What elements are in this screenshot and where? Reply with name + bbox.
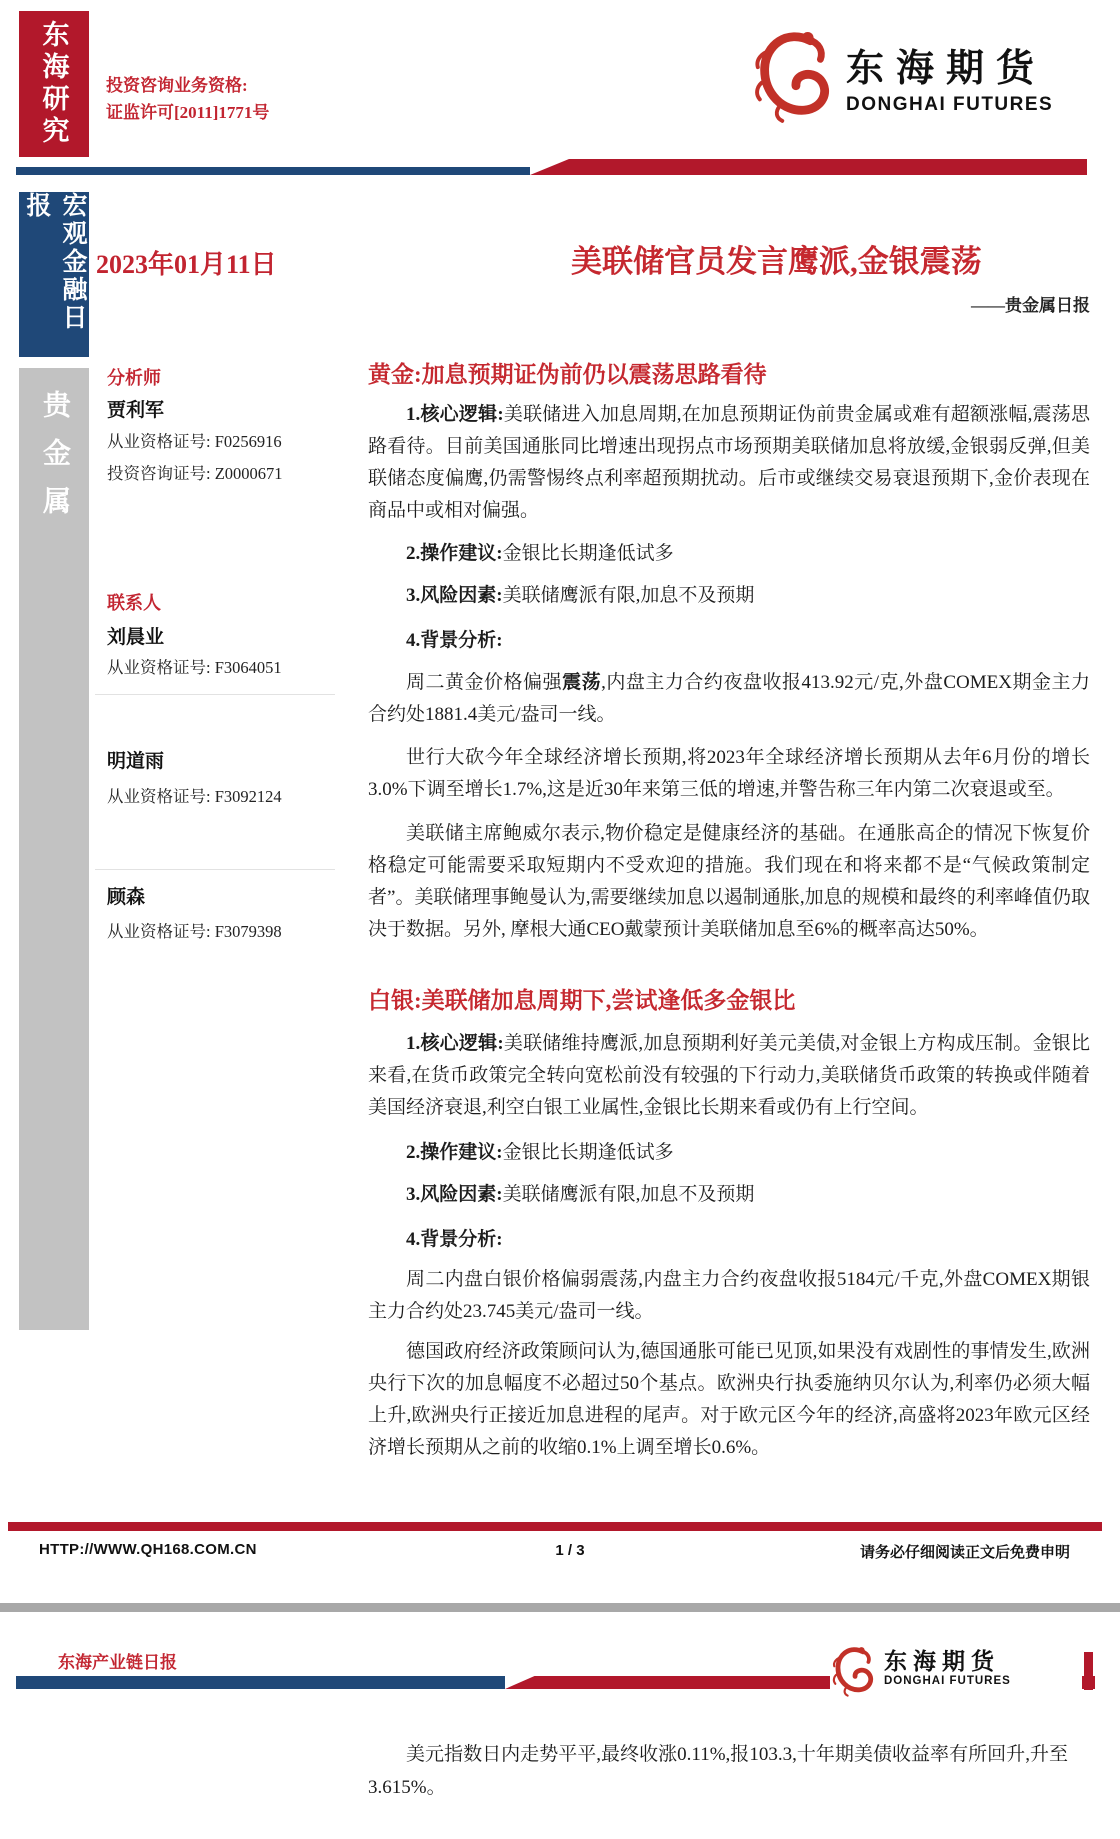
logo-en-text: DONGHAI FUTURES (846, 94, 1053, 116)
contact-cert: 从业资格证号: F3092124 (107, 783, 332, 807)
footer-disclaimer-notice: 请务必仔细阅读正文后免费申明 (670, 1541, 1070, 1562)
brand-box: 东海研究 (19, 11, 89, 157)
dragon-head (802, 32, 814, 44)
gold-core-logic: 1.核心逻辑:美联储进入加息周期,在加息预期证伪前贵金属或难有超额涨幅,震荡思路… (368, 399, 1090, 527)
page2-divider-blue (16, 1676, 505, 1689)
silver-background-para-2: 德国政府经济政策顾问认为,德国通胀可能已见顶,如果没有戏剧性的事情发生,欧洲央行… (368, 1336, 1090, 1464)
gold-advice: 2.操作建议:金银比长期逢低试多 (368, 538, 1090, 570)
gold-advice-label: 2.操作建议: (406, 543, 503, 564)
contact-cert: 从业资格证号: F3079398 (107, 918, 332, 942)
contact-label: 联系人 (107, 589, 332, 615)
contact-separator (95, 694, 335, 695)
qualification-line1: 投资咨询业务资格: (106, 72, 269, 99)
sidebar-category-box: 宏观金融日报 (19, 192, 89, 357)
sidebar-category-label: 宏观金融日报 (18, 192, 90, 357)
qualification-line2: 证监许可[2011]1771号 (106, 99, 269, 126)
sidebar-topic-label: 贵金属 (34, 390, 74, 534)
page2-paragraph: 美元指数日内走势平平,最终收涨0.11%,报103.3,十年期美债收益率有所回升… (368, 1738, 1068, 1804)
contact-name: 明道雨 (107, 746, 332, 773)
page-separator-bar (0, 1603, 1120, 1612)
gold-background-para-1: 周二黄金价格偏强震荡,内盘主力合约夜盘收报413.92元/克,外盘COMEX期金… (368, 667, 1090, 731)
page2-logo-text: 东海期货 DONGHAI FUTURES (884, 1640, 1011, 1687)
contact-name: 顾森 (107, 882, 332, 909)
contact-name: 刘晨业 (107, 622, 332, 649)
silver-core-logic-label: 1.核心逻辑: (406, 1033, 504, 1054)
silver-advice: 2.操作建议:金银比长期逢低试多 (368, 1137, 1090, 1169)
dragon-head (858, 1647, 864, 1653)
analyst-label: 分析师 (107, 364, 332, 390)
section-heading-gold: 黄金:加息预期证伪前仍以震荡思路看待 (368, 356, 767, 389)
brand-box-label: 东海研究 (35, 20, 74, 148)
silver-core-logic: 1.核心逻辑:美联储维持鹰派,加息预期利好美元美债,对金银上方构成压制。金银比来… (368, 1028, 1090, 1124)
gold-background-para-2: 世行大砍今年全球经济增长预期,将2023年全球经济增长预期从去年6月份的增长3.… (368, 742, 1090, 806)
report-date: 2023年01月11日 (96, 244, 277, 281)
page2-company-logo: 东海期货 DONGHAI FUTURES (830, 1640, 1082, 1700)
gold-background-para-3: 美联储主席鲍威尔表示,物价稳定是健康经济的基础。在通胀高企的情况下恢复价格稳定可… (368, 818, 1090, 946)
report-title: 美联储官员发言鹰派,金银震荡 (571, 236, 982, 281)
page2-logo-cn-text: 东海期货 (884, 1648, 1011, 1674)
donghai-dragon-logo-icon (750, 22, 838, 126)
silver-risk: 3.风险因素:美联储鹰派有限,加息不及预期 (368, 1179, 1090, 1211)
gold-risk-label: 3.风险因素: (406, 585, 503, 606)
gold-core-logic-label: 1.核心逻辑: (406, 404, 504, 425)
report-page: 东海研究 投资咨询业务资格: 证监许可[2011]1771号 东海期货 DONG… (0, 0, 1120, 1839)
page2-header-title: 东海产业链日报 (58, 1648, 177, 1673)
footer-page-number: 1 / 3 (470, 1542, 670, 1559)
analyst-cert-1: 从业资格证号: F0256916 (107, 428, 332, 452)
contact-cert: 从业资格证号: F3064051 (107, 654, 332, 678)
silver-background-para-1: 周二内盘白银价格偏弱震荡,内盘主力合约夜盘收报5184元/千克,外盘COMEX期… (368, 1264, 1090, 1328)
header-divider-red (530, 159, 1087, 175)
silver-background-label-line: 4.背景分析: (368, 1224, 1090, 1256)
silver-background-label: 4.背景分析: (406, 1229, 503, 1250)
gold-background-label-line: 4.背景分析: (368, 625, 1090, 657)
gold-risk: 3.风险因素:美联储鹰派有限,加息不及预期 (368, 580, 1090, 612)
page2-logo-red-tab (1084, 1652, 1093, 1690)
logo-text: 东海期货 DONGHAI FUTURES (846, 22, 1053, 116)
company-logo: 东海期货 DONGHAI FUTURES (750, 22, 1053, 126)
gold-risk-text: 美联储鹰派有限,加息不及预期 (503, 585, 755, 606)
qualification-text: 投资咨询业务资格: 证监许可[2011]1771号 (106, 72, 269, 126)
section-heading-silver: 白银:美联储加息周期下,尝试逢低多金银比 (368, 982, 795, 1015)
analyst-name: 贾利军 (107, 395, 332, 422)
silver-advice-text: 金银比长期逢低试多 (503, 1142, 674, 1163)
silver-advice-label: 2.操作建议: (406, 1142, 503, 1163)
gold-background-label: 4.背景分析: (406, 630, 503, 651)
donghai-dragon-logo-icon (830, 1642, 878, 1698)
gold-advice-text: 金银比长期逢低试多 (503, 543, 674, 564)
contact-separator (95, 869, 335, 870)
page2-logo-en-text: DONGHAI FUTURES (884, 1675, 1011, 1687)
silver-risk-text: 美联储鹰派有限,加息不及预期 (503, 1184, 755, 1205)
gold-bg1-pre: 周二黄金价格偏强 (406, 672, 562, 693)
gold-bg1-bold: 震荡 (562, 672, 601, 693)
logo-cn-text: 东海期货 (846, 48, 1053, 92)
silver-risk-label: 3.风险因素: (406, 1184, 503, 1205)
footer-red-bar (8, 1522, 1102, 1531)
header-divider-blue (16, 167, 530, 175)
report-subtitle: ——贵金属日报 (365, 291, 1090, 316)
footer-website-link[interactable]: HTTP://WWW.QH168.COM.CN (39, 1541, 257, 1558)
analyst-cert-2: 投资咨询证号: Z0000671 (107, 460, 332, 484)
sidebar-topic-box: 贵金属 (19, 368, 89, 1330)
